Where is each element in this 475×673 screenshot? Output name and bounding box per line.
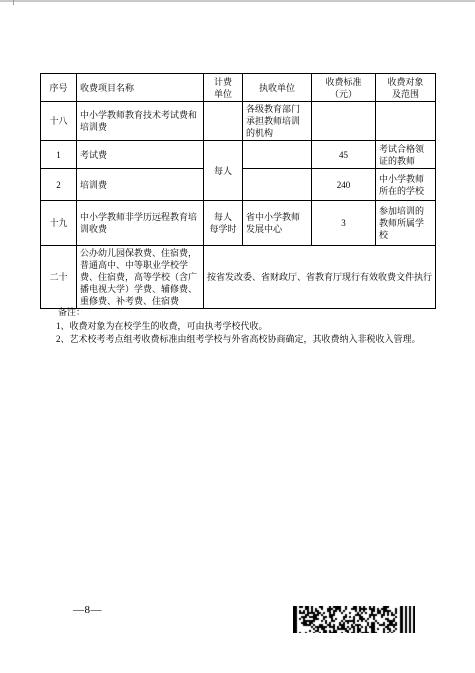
row-serial: 二十 [41,246,77,309]
table-row: 十八 中小学教师教育技术考试费和培训费 各级教育部门承担教师培训的机构 [41,102,436,141]
col-header-item-name: 收费项目名称 [77,74,204,102]
collecting-unit-cell [243,141,312,169]
row-serial: 2 [41,169,77,201]
scan-artifact-tick [13,0,14,5]
col-header-collecting-unit: 执收单位 [243,74,312,102]
fee-standard-cell: 3 [312,201,376,246]
table-row: 1 考试费 每人 45 考试合格领证的教师 [41,141,436,169]
row-serial: 十九 [41,201,77,246]
table-header-row: 序号 收费项目名称 计费 单位 执收单位 收费标准 （元） 收费对象 及范围 [41,74,436,102]
barcode [293,606,415,633]
billing-unit-cell: 每人 每学时 [204,201,243,246]
policy-reference-cell: 按省发改委、省财政厅、省教育厅现行有效收费文件执行 [204,246,436,309]
collecting-unit-cell [243,169,312,201]
fee-target-cell: 参加培训的教师所属学校 [376,201,436,246]
fee-target-cell [376,102,436,141]
fee-standard-cell: 240 [312,169,376,201]
fee-item-name: 中小学教师教育技术考试费和培训费 [77,102,204,141]
table-row: 二十 公办幼儿园保教费、住宿费，普通高中、中等职业学校学费、住宿费，高等学校（含… [41,246,436,309]
fee-target-cell: 中小学教师所在的学校 [376,169,436,201]
billing-unit-cell: 每人 [204,141,243,201]
notes-section: 备注： 1、收费对象为在校学生的收费，可由执考学校代收。 2、艺术校考考点组考收… [56,306,456,347]
collecting-unit-cell: 省中小学教师发展中心 [243,201,312,246]
notes-label: 备注： [58,306,456,320]
col-header-fee-standard: 收费标准 （元） [312,74,376,102]
page-top-edge [0,0,475,2]
col-header-billing-unit: 计费 单位 [204,74,243,102]
table-row: 十九 中小学教师非学历远程教育培训收费 每人 每学时 省中小学教师发展中心 3 … [41,201,436,246]
note-item: 2、艺术校考考点组考收费标准由组考学校与外省高校协商确定，其收费纳入非税收入管理… [56,333,456,347]
document-page: 序号 收费项目名称 计费 单位 执收单位 收费标准 （元） 收费对象 及范围 十… [0,0,475,673]
row-serial: 1 [41,141,77,169]
fee-item-name: 中小学教师非学历远程教育培训收费 [77,201,204,246]
col-header-fee-target: 收费对象 及范围 [376,74,436,102]
col-header-serial: 序号 [41,74,77,102]
note-item: 1、收费对象为在校学生的收费，可由执考学校代收。 [56,320,456,334]
fee-standard-cell [312,102,376,141]
collecting-unit-cell: 各级教育部门承担教师培训的机构 [243,102,312,141]
fee-standard-cell: 45 [312,141,376,169]
page-number: —8— [73,604,102,616]
billing-unit-cell [204,102,243,141]
fee-target-cell: 考试合格领证的教师 [376,141,436,169]
row-serial: 十八 [41,102,77,141]
fee-item-name: 公办幼儿园保教费、住宿费，普通高中、中等职业学校学费、住宿费，高等学校（含广播电… [77,246,204,309]
fee-item-name: 培训费 [77,169,204,201]
fee-item-name: 考试费 [77,141,204,169]
fee-schedule-table: 序号 收费项目名称 计费 单位 执收单位 收费标准 （元） 收费对象 及范围 十… [40,73,436,309]
